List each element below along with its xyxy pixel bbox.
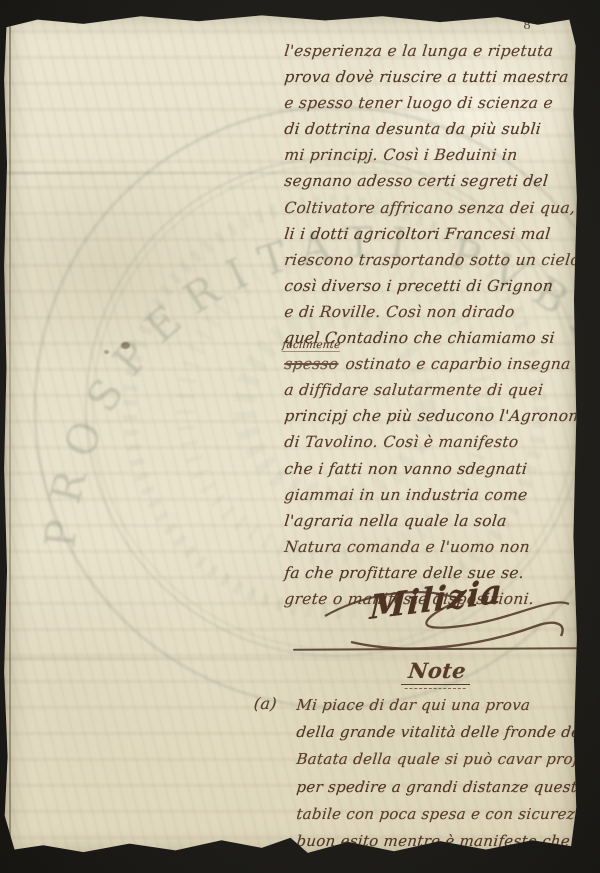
struck-out-word: spesso xyxy=(283,355,339,373)
manuscript-line: l'esperienza e la lunga e ripetuta xyxy=(283,38,588,64)
manuscript-line: prova dovè riuscire a tutti maestra xyxy=(283,64,588,90)
manuscript-line: che i fatti non vanno sdegnati xyxy=(283,456,588,482)
foxing-spot xyxy=(121,342,130,349)
note-line: per spedire a grandi distanze questo veg… xyxy=(295,774,594,801)
binding-gutter-line xyxy=(9,12,11,858)
manuscript-line: mi principj. Così i Beduini in xyxy=(283,142,588,168)
note-line: Mi piace di dar qui una prova xyxy=(295,692,594,719)
foxing-spot xyxy=(104,350,109,354)
manuscript-line: così diverso i precetti di Grignon xyxy=(283,273,588,299)
note-heading-text: Note xyxy=(401,658,473,685)
manuscript-line: a diffidare salutarmente di quei xyxy=(283,377,588,403)
manuscript-line: di Tavolino. Così è manifesto xyxy=(283,429,588,455)
manuscript-text-block: l'esperienza e la lunga e ripetutaprova … xyxy=(283,38,585,612)
manuscript-line: giammai in un industria come xyxy=(283,482,588,508)
manuscript-line: riescono trasportando sotto un cielo xyxy=(283,247,588,273)
signature: Milizia xyxy=(311,582,581,654)
manuscript-lines-upper: l'esperienza e la lunga e ripetutaprova … xyxy=(283,38,585,351)
manuscript-line: segnano adesso certi segreti del xyxy=(283,168,588,194)
manuscript-line: e di Roville. Così non dirado xyxy=(283,299,588,325)
page-number: 8 xyxy=(515,18,539,34)
manuscript-line: Coltivatore affricano senza dei qua, xyxy=(283,195,588,221)
paper-sheet: PROSPERITATI PVBLICAE 8 l'esperienza e l… xyxy=(3,12,578,858)
corrected-line: facilmente spessoostinato e caparbio ins… xyxy=(283,351,588,377)
manuscript-line: li i dotti agricoltori Francesi mal xyxy=(283,221,588,247)
note-line: Batata della quale si può cavar profitto xyxy=(295,746,594,773)
manuscript-line: e spesso tener luogo di scienza e xyxy=(283,90,588,116)
corrected-line-text: ostinato e caparbio insegna xyxy=(345,355,572,373)
manuscript-line: l'agraria nella quale la sola xyxy=(283,508,588,534)
note-text-block: Mi piace di dar qui una provadella grand… xyxy=(295,692,591,855)
manuscript-line: di dottrina desunta da più subli xyxy=(283,116,588,142)
scanned-manuscript-page: PROSPERITATI PVBLICAE 8 l'esperienza e l… xyxy=(0,0,600,873)
note-heading: Note xyxy=(293,658,579,685)
note-line: della grande vitalità delle fronde della xyxy=(295,719,594,746)
manuscript-lines-lower: a diffidare salutarmente di queiprincipj… xyxy=(283,377,585,612)
note-marker: (a) xyxy=(253,694,278,713)
manuscript-line: principj che più seducono l'Agronomo xyxy=(283,403,588,429)
note-line: buon esito mentre è manifesto che i tube… xyxy=(295,828,594,855)
manuscript-line: Natura comanda e l'uomo non xyxy=(283,534,588,560)
note-line: tabile con poca spesa e con sicurezza di xyxy=(295,801,594,828)
interlinear-insertion: facilmente xyxy=(282,339,341,352)
